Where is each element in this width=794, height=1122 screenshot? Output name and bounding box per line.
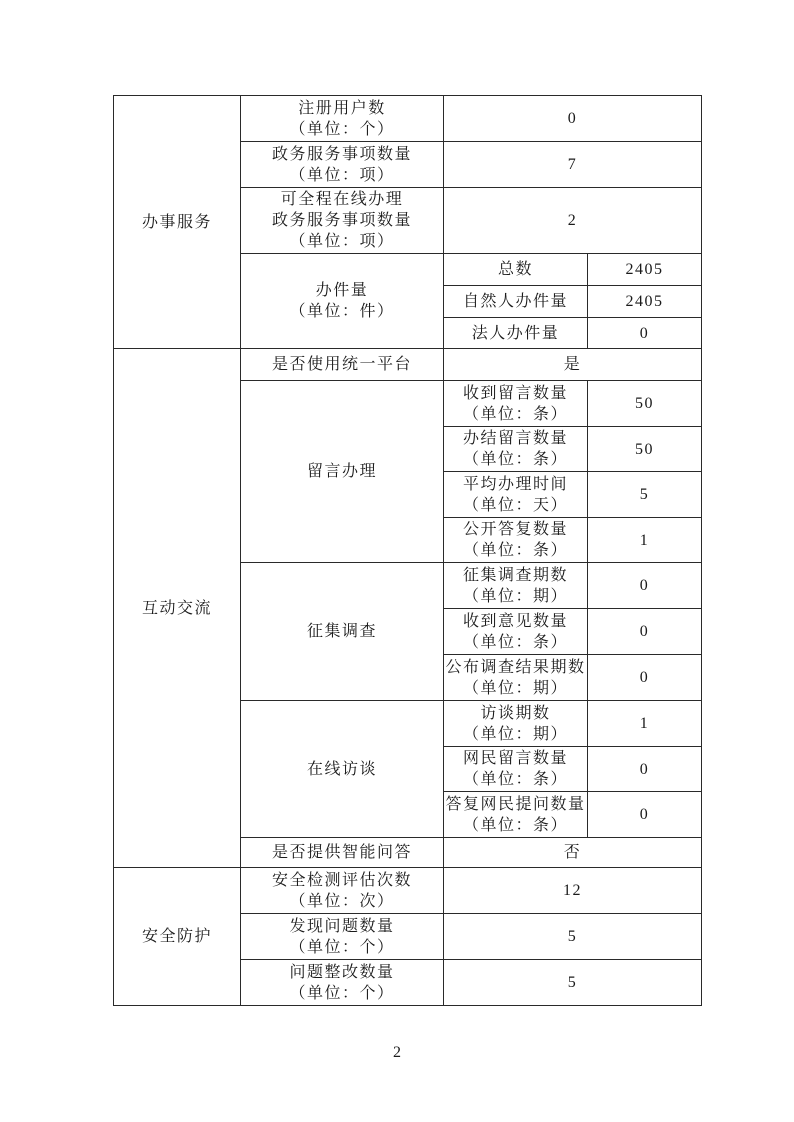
submetric-label-cell: 访谈期数 （单位：期） xyxy=(444,701,588,747)
metric-value-cell: 0 xyxy=(444,96,702,142)
submetric-label-cell: 征集调查期数 （单位：期） xyxy=(444,563,588,609)
metric-unit: （单位：条） xyxy=(444,449,587,470)
submetric-value-cell: 0 xyxy=(588,747,702,792)
metric-value-cell: 12 xyxy=(444,868,702,914)
metric-unit: （单位：件） xyxy=(241,301,443,322)
metric-value-cell: 否 xyxy=(444,838,702,868)
metric-unit: （单位：条） xyxy=(444,632,587,653)
category-cell-interaction: 互动交流 xyxy=(114,349,241,868)
metric-unit: （单位：期） xyxy=(444,586,587,607)
metric-unit: （单位：个） xyxy=(241,937,443,958)
metric-name: 政务服务事项数量 xyxy=(241,210,443,231)
metric-value-cell: 5 xyxy=(444,914,702,960)
submetric-value-cell: 5 xyxy=(588,472,702,518)
group-label-cell: 办件量 （单位：件） xyxy=(241,254,444,349)
metric-name: 办结留言数量 xyxy=(444,428,587,449)
submetric-label-cell: 平均办理时间 （单位：天） xyxy=(444,472,588,518)
metric-unit: （单位：天） xyxy=(444,495,587,516)
submetric-value-cell: 50 xyxy=(588,427,702,472)
submetric-value-cell: 1 xyxy=(588,701,702,747)
metric-name: 答复网民提问数量 xyxy=(444,794,587,815)
metric-unit: （单位：条） xyxy=(444,815,587,836)
metric-label-cell: 是否使用统一平台 xyxy=(241,349,444,381)
submetric-label-cell: 自然人办件量 xyxy=(444,286,588,318)
submetric-value-cell: 1 xyxy=(588,518,702,563)
submetric-value-cell: 0 xyxy=(588,563,702,609)
metric-name: 公开答复数量 xyxy=(444,519,587,540)
submetric-label-cell: 公布调查结果期数 （单位：期） xyxy=(444,655,588,701)
metric-name: 政务服务事项数量 xyxy=(241,144,443,165)
metric-name: 网民留言数量 xyxy=(444,748,587,769)
metric-label-cell: 问题整改数量 （单位：个） xyxy=(241,960,444,1006)
submetric-value-cell: 0 xyxy=(588,318,702,349)
metric-unit: （单位：条） xyxy=(444,540,587,561)
category-cell-security: 安全防护 xyxy=(114,868,241,1006)
category-cell-service: 办事服务 xyxy=(114,96,241,349)
table-row: 互动交流 是否使用统一平台 是 xyxy=(114,349,702,381)
metric-label-cell: 政务服务事项数量 （单位：项） xyxy=(241,142,444,188)
metric-unit: （单位：期） xyxy=(444,724,587,745)
metric-unit: （单位：项） xyxy=(241,165,443,186)
metric-name: 访谈期数 xyxy=(444,703,587,724)
metric-name: 征集调查期数 xyxy=(444,565,587,586)
submetric-value-cell: 0 xyxy=(588,792,702,838)
submetric-value-cell: 2405 xyxy=(588,254,702,286)
submetric-label-cell: 公开答复数量 （单位：条） xyxy=(444,518,588,563)
metric-name: 收到意见数量 xyxy=(444,611,587,632)
group-label-cell: 在线访谈 xyxy=(241,701,444,838)
metric-label-cell: 安全检测评估次数 （单位：次） xyxy=(241,868,444,914)
table-row: 安全防护 安全检测评估次数 （单位：次） 12 xyxy=(114,868,702,914)
submetric-label-cell: 答复网民提问数量 （单位：条） xyxy=(444,792,588,838)
metric-name: 安全检测评估次数 xyxy=(241,870,443,891)
metric-name: 收到留言数量 xyxy=(444,383,587,404)
submetric-value-cell: 0 xyxy=(588,609,702,655)
metric-label-cell: 是否提供智能问答 xyxy=(241,838,444,868)
metric-value-cell: 5 xyxy=(444,960,702,1006)
submetric-value-cell: 0 xyxy=(588,655,702,701)
metric-unit: （单位：个） xyxy=(241,983,443,1004)
table-row: 办事服务 注册用户数 （单位：个） 0 xyxy=(114,96,702,142)
metric-label-cell: 可全程在线办理 政务服务事项数量 （单位：项） xyxy=(241,188,444,254)
group-label-cell: 留言办理 xyxy=(241,381,444,563)
submetric-label-cell: 法人办件量 xyxy=(444,318,588,349)
metric-unit: （单位：项） xyxy=(241,231,443,252)
metric-name: 发现问题数量 xyxy=(241,916,443,937)
submetric-label-cell: 办结留言数量 （单位：条） xyxy=(444,427,588,472)
metric-name: 办件量 xyxy=(241,280,443,301)
submetric-label-cell: 收到意见数量 （单位：条） xyxy=(444,609,588,655)
metric-name: 公布调查结果期数 xyxy=(444,657,587,678)
submetric-value-cell: 2405 xyxy=(588,286,702,318)
metric-unit: （单位：条） xyxy=(444,404,587,425)
page-number: 2 xyxy=(0,1044,794,1062)
metric-name: 注册用户数 xyxy=(241,98,443,119)
metric-unit: （单位：个） xyxy=(241,119,443,140)
metric-value-cell: 7 xyxy=(444,142,702,188)
document-page: { "page": { "number": "2", "background_c… xyxy=(0,0,794,1122)
metric-label-cell: 注册用户数 （单位：个） xyxy=(241,96,444,142)
submetric-label-cell: 网民留言数量 （单位：条） xyxy=(444,747,588,792)
group-label-cell: 征集调查 xyxy=(241,563,444,701)
annual-report-statistics-table: 办事服务 注册用户数 （单位：个） 0 政务服务事项数量 （单位：项） 7 可全… xyxy=(113,95,702,1006)
metric-name: 问题整改数量 xyxy=(241,962,443,983)
metric-name: 平均办理时间 xyxy=(444,474,587,495)
metric-label-cell: 发现问题数量 （单位：个） xyxy=(241,914,444,960)
metric-value-cell: 2 xyxy=(444,188,702,254)
submetric-label-cell: 收到留言数量 （单位：条） xyxy=(444,381,588,427)
metric-value-cell: 是 xyxy=(444,349,702,381)
metric-name: 可全程在线办理 xyxy=(241,189,443,210)
metric-unit: （单位：条） xyxy=(444,769,587,790)
metric-unit: （单位：次） xyxy=(241,891,443,912)
submetric-label-cell: 总数 xyxy=(444,254,588,286)
submetric-value-cell: 50 xyxy=(588,381,702,427)
metric-unit: （单位：期） xyxy=(444,678,587,699)
